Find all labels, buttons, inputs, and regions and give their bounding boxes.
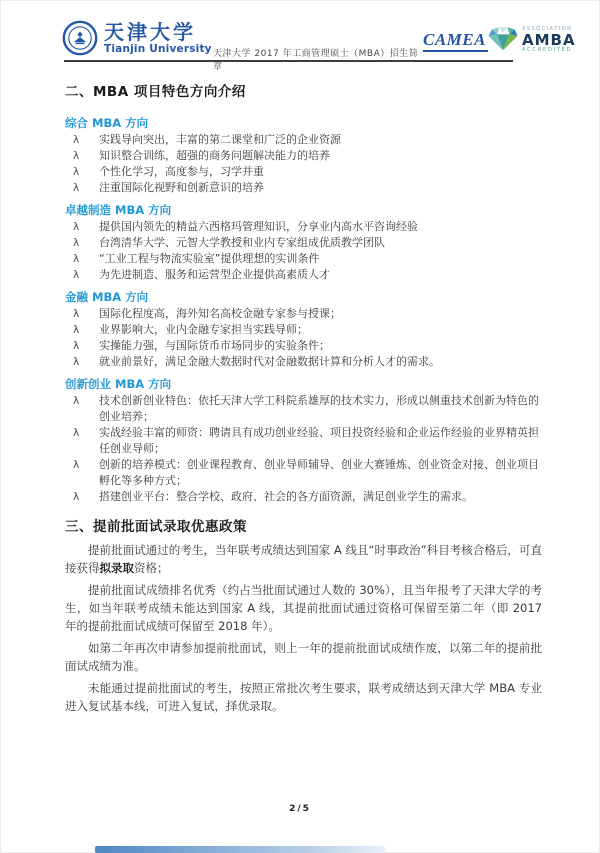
group-heading-innovation-mba: 创新创业 MBA 方向 — [65, 376, 542, 393]
document-header-title: 天津大学 2017 年工商管理硕士（MBA）招生简章 — [213, 46, 423, 72]
list-item: λ实操能力强，与国际货币市场同步的实验条件； — [65, 338, 542, 354]
amba-name-label: AMBA — [522, 33, 576, 47]
university-logo-text: 天津大学 Tianjin University — [104, 21, 212, 56]
bullet-text: 国际化程度高，海外知名高校金融专家参与授课； — [99, 306, 542, 322]
bullet-text: 个性化学习，高度参与，习学并重 — [99, 164, 542, 180]
amba-logo: ASSOCIATION AMBA ACCREDITED — [487, 26, 576, 53]
list-item: λ技术创新创业特色：依托天津大学工科院系雄厚的技术实力，形成以侧重技术创新为特色… — [65, 393, 542, 425]
bullet-text: 实践导向突出，丰富的第二课堂和广泛的企业资源 — [99, 132, 542, 148]
page-content: 二、MBA 项目特色方向介绍 综合 MBA 方向 λ实践导向突出，丰富的第二课堂… — [65, 76, 542, 715]
bullet-glyph: λ — [65, 425, 99, 457]
amba-gem-icon — [487, 26, 519, 53]
bullet-glyph: λ — [65, 393, 99, 425]
bottom-accent-bar — [95, 846, 385, 853]
bullet-list-general-mba: λ实践导向突出，丰富的第二课堂和广泛的企业资源 λ知识整合训练，超强的商务问题解… — [65, 132, 542, 196]
group-heading-finance-mba: 金融 MBA 方向 — [65, 289, 542, 306]
bullet-text: 技术创新创业特色：依托天津大学工科院系雄厚的技术实力，形成以侧重技术创新为特色的… — [99, 393, 542, 425]
list-item: λ个性化学习，高度参与，习学并重 — [65, 164, 542, 180]
bullet-text: “工业工程与物流实验室”提供理想的实训条件 — [99, 251, 542, 267]
list-item: λ国际化程度高，海外知名高校金融专家参与授课； — [65, 306, 542, 322]
header-divider — [64, 60, 513, 62]
section-title-policy: 三、提前批面试录取优惠政策 — [65, 517, 542, 537]
list-item: λ提供国内领先的精益六西格玛管理知识，分享业内高水平咨询经验 — [65, 219, 542, 235]
bullet-list-finance-mba: λ国际化程度高，海外知名高校金融专家参与授课； λ业界影响大，业内金融专家担当实… — [65, 306, 542, 370]
camea-logo: CAMEA — [423, 32, 488, 52]
bullet-glyph: λ — [65, 354, 99, 370]
university-name-cn: 天津大学 — [104, 21, 212, 43]
list-item: λ就业前景好，满足金融大数据时代对金融数据计算和分析人才的需求。 — [65, 354, 542, 370]
bullet-text: 实战经验丰富的师资：聘请具有成功创业经验、项目投资经验和企业运作经验的业界精英担… — [99, 425, 542, 457]
list-item: λ实践导向突出，丰富的第二课堂和广泛的企业资源 — [65, 132, 542, 148]
section-title-features: 二、MBA 项目特色方向介绍 — [65, 82, 542, 102]
policy-paragraph-2: 提前批面试成绩排名优秀（约占当批面试通过人数的 30%），且当年报考了天津大学的… — [65, 581, 542, 635]
bullet-text: 就业前景好，满足金融大数据时代对金融数据计算和分析人才的需求。 — [99, 354, 542, 370]
bullet-glyph: λ — [65, 338, 99, 354]
bullet-glyph: λ — [65, 148, 99, 164]
bullet-glyph: λ — [65, 164, 99, 180]
bullet-list-manufacturing-mba: λ提供国内领先的精益六西格玛管理知识，分享业内高水平咨询经验 λ台湾清华大学、元… — [65, 219, 542, 283]
amba-accredited-label: ACCREDITED — [522, 48, 576, 53]
bullet-text: 创新的培养模式：创业课程教育、创业导师辅导、创业大赛锤炼、创业资金对接、创业项目… — [99, 457, 542, 489]
bullet-glyph: λ — [65, 267, 99, 283]
list-item: λ“工业工程与物流实验室”提供理想的实训条件 — [65, 251, 542, 267]
list-item: λ实战经验丰富的师资：聘请具有成功创业经验、项目投资经验和企业运作经验的业界精英… — [65, 425, 542, 457]
bullet-text: 提供国内领先的精益六西格玛管理知识，分享业内高水平咨询经验 — [99, 219, 542, 235]
bullet-glyph: λ — [65, 322, 99, 338]
policy-paragraph-1-post: 资格； — [134, 561, 169, 575]
bullet-text: 为先进制造、服务和运营型企业提供高素质人才 — [99, 267, 542, 283]
list-item: λ搭建创业平台：整合学校、政府、社会的各方面资源，满足创业学生的需求。 — [65, 489, 542, 505]
list-item: λ创新的培养模式：创业课程教育、创业导师辅导、创业大赛锤炼、创业资金对接、创业项… — [65, 457, 542, 489]
document-page: 天津大学 Tianjin University 天津大学 2017 年工商管理硕… — [0, 0, 600, 853]
group-heading-manufacturing-mba: 卓越制造 MBA 方向 — [65, 202, 542, 219]
policy-paragraph-4: 未能通过提前批面试的考生，按照正常批次考生要求，联考成绩达到天津大学 MBA 专… — [65, 679, 542, 715]
bullet-list-innovation-mba: λ技术创新创业特色：依托天津大学工科院系雄厚的技术实力，形成以侧重技术创新为特色… — [65, 393, 542, 505]
bullet-glyph: λ — [65, 132, 99, 148]
bullet-text: 实操能力强，与国际货币市场同步的实验条件； — [99, 338, 542, 354]
bullet-text: 搭建创业平台：整合学校、政府、社会的各方面资源，满足创业学生的需求。 — [99, 489, 542, 505]
bullet-text: 业界影响大，业内金融专家担当实践导师； — [99, 322, 542, 338]
university-logo: 天津大学 Tianjin University — [62, 20, 212, 56]
bullet-glyph: λ — [65, 180, 99, 196]
bullet-glyph: λ — [65, 306, 99, 322]
policy-paragraph-3: 如第二年再次申请参加提前批面试，则上一年的提前批面试成绩作废，以第二年的提前批面… — [65, 639, 542, 675]
bullet-glyph: λ — [65, 219, 99, 235]
university-name-en: Tianjin University — [104, 43, 212, 56]
bullet-text: 注重国际化视野和创新意识的培养 — [99, 180, 542, 196]
list-item: λ台湾清华大学、元智大学教授和业内专家组成优质教学团队 — [65, 235, 542, 251]
bullet-text: 知识整合训练，超强的商务问题解决能力的培养 — [99, 148, 542, 164]
list-item: λ注重国际化视野和创新意识的培养 — [65, 180, 542, 196]
bullet-glyph: λ — [65, 251, 99, 267]
group-heading-general-mba: 综合 MBA 方向 — [65, 115, 542, 132]
page-number: 2/5 — [0, 804, 600, 814]
bullet-glyph: λ — [65, 489, 99, 505]
policy-paragraph-1-bold: 拟录取 — [100, 561, 135, 575]
university-seal-icon — [62, 20, 98, 56]
list-item: λ知识整合训练，超强的商务问题解决能力的培养 — [65, 148, 542, 164]
bullet-glyph: λ — [65, 235, 99, 251]
bullet-glyph: λ — [65, 457, 99, 489]
list-item: λ业界影响大，业内金融专家担当实践导师； — [65, 322, 542, 338]
bullet-text: 台湾清华大学、元智大学教授和业内专家组成优质教学团队 — [99, 235, 542, 251]
amba-logo-text: ASSOCIATION AMBA ACCREDITED — [522, 27, 576, 53]
policy-paragraph-1: 提前批面试通过的考生，当年联考成绩达到国家 A 线且“时事政治”科目考核合格后，… — [65, 541, 542, 577]
list-item: λ为先进制造、服务和运营型企业提供高素质人才 — [65, 267, 542, 283]
